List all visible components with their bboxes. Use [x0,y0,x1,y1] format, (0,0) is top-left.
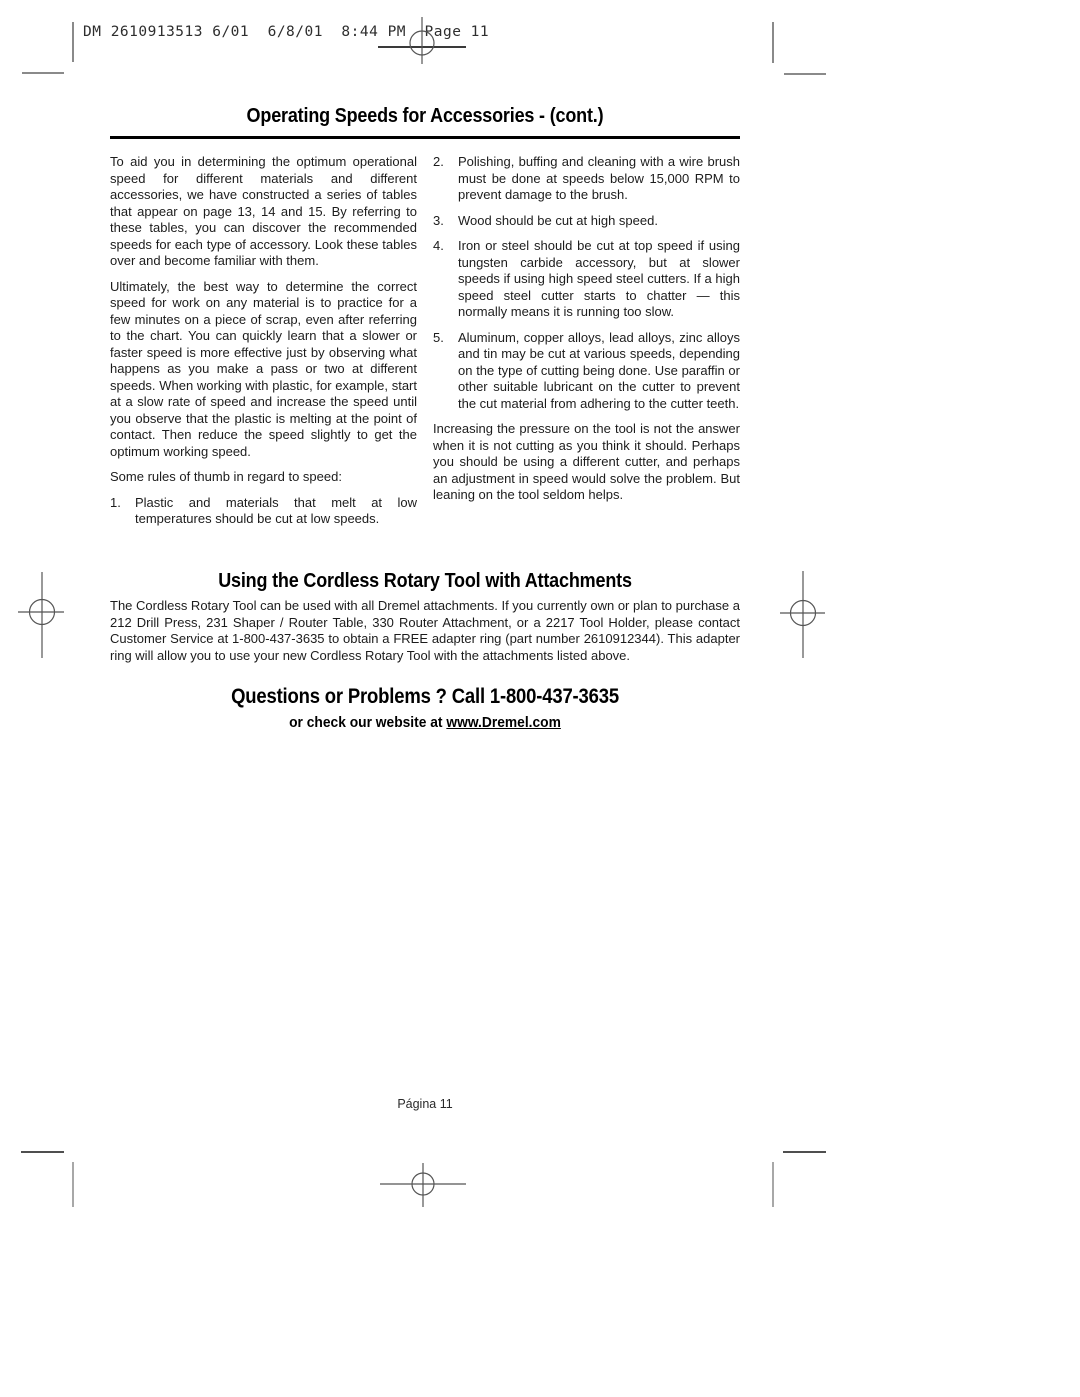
paragraph-practice: Ultimately, the best way to determine th… [110,279,417,461]
crop-mark-top-left-horizontal [22,72,64,74]
crop-mark-bottom-left-horizontal [21,1151,64,1153]
section1-title: Operating Speeds for Accessories - (cont… [142,103,709,129]
website-line-prefix: or check our website at [289,714,446,731]
website-line: or check our website at www.Dremel.com [135,713,715,733]
registration-mark-top-center-icon [407,17,437,65]
paragraph-pressure: Increasing the pressure on the tool is n… [433,421,740,504]
list-item-number: 2. [433,154,458,204]
list-item-text: Aluminum, copper alloys, lead alloys, zi… [458,330,740,413]
list-item-text: Wood should be cut at high speed. [458,213,740,230]
list-item-1: 1. Plastic and materials that melt at lo… [110,495,417,528]
list-item-3: 3. Wood should be cut at high speed. [433,213,740,230]
registration-mark-right-icon [780,570,826,660]
crop-mark-bottom-right-horizontal [783,1151,826,1153]
list-item-2: 2. Polishing, buffing and cleaning with … [433,154,740,204]
page-number: Página 11 [110,1097,740,1111]
crop-mark-bottom-right-vertical [772,1162,774,1207]
attachments-section: Using the Cordless Rotary Tool with Atta… [110,568,740,664]
website-url: www.Dremel.com [446,714,561,731]
contact-block: Questions or Problems ? Call 1-800-437-3… [110,684,740,733]
crop-mark-top-left-vertical [72,22,74,62]
crop-mark-bottom-left-vertical [72,1162,74,1207]
title-rule [110,136,740,139]
page-content: Operating Speeds for Accessories - (cont… [110,103,740,733]
list-item-text: Iron or steel should be cut at top speed… [458,238,740,321]
list-item-number: 3. [433,213,458,230]
crop-mark-top-right-vertical [772,22,774,63]
list-item-number: 4. [433,238,458,321]
list-item-5: 5. Aluminum, copper alloys, lead alloys,… [433,330,740,413]
list-item-text: Plastic and materials that melt at low t… [135,495,417,528]
registration-mark-left-icon [18,570,66,660]
paragraph-optimum-speed: To aid you in determining the optimum op… [110,154,417,270]
rules-intro: Some rules of thumb in regard to speed: [110,469,417,486]
left-column: To aid you in determining the optimum op… [110,154,417,537]
section2-title: Using the Cordless Rotary Tool with Atta… [142,568,709,594]
list-item-text: Polishing, buffing and cleaning with a w… [458,154,740,204]
list-item-4: 4. Iron or steel should be cut at top sp… [433,238,740,321]
two-column-body: To aid you in determining the optimum op… [110,154,740,554]
list-item-number: 5. [433,330,458,413]
list-item-number: 1. [110,495,135,528]
right-column: 2. Polishing, buffing and cleaning with … [433,154,740,513]
registration-mark-bottom-center-icon [380,1161,466,1209]
manual-page: DM 2610913513 6/01 6/8/01 8:44 PM Page 1… [0,0,1080,1397]
attachments-paragraph: The Cordless Rotary Tool can be used wit… [110,598,740,664]
crop-mark-top-right-horizontal [784,73,826,75]
questions-call-line: Questions or Problems ? Call 1-800-437-3… [148,684,702,710]
